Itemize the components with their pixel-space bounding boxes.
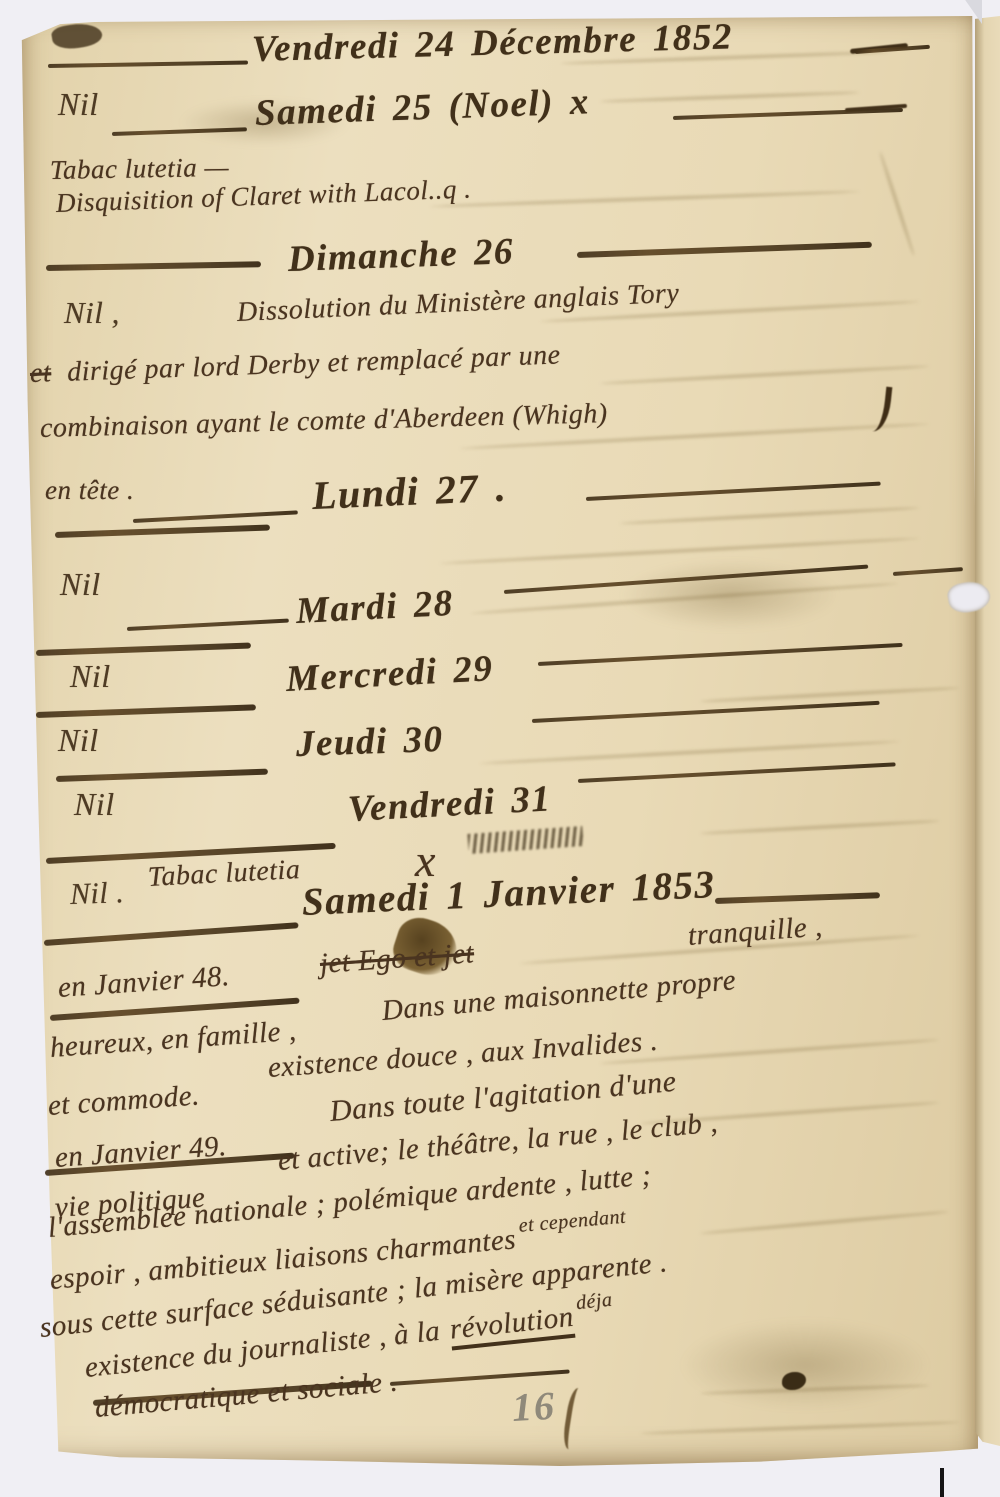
manuscript-photo: Vendredi 24 Décembre 1852 Nil Samedi 25 …	[0, 0, 1000, 1497]
entry-nil-dec24: Nil	[58, 86, 99, 123]
entry-nil-dec27: Nil	[60, 566, 101, 603]
binding-mark	[940, 1468, 944, 1497]
entry-note-tabac: Tabac lutetia —	[50, 152, 230, 186]
entry-text-dissolution-4: en tête .	[45, 475, 134, 506]
entry-nil-dec29: Nil	[58, 722, 99, 759]
entry-nil-dec31: Nil .	[69, 876, 124, 912]
entry-date-dec26: Dimanche 26	[287, 230, 514, 281]
entry-jan49-line6-sup: déja	[575, 1289, 614, 1315]
facing-page-sliver	[975, 16, 1000, 1446]
struck-word: et	[29, 357, 51, 389]
page-number: 16	[511, 1382, 557, 1431]
entry-nil-dec26: Nil ,	[64, 295, 120, 331]
entry-date-dec28: Mardi 28	[295, 582, 455, 633]
show-through-blot	[680, 1320, 930, 1410]
entry-date-dec30: Jeudi 30	[295, 718, 444, 766]
entry-nil-dec28: Nil	[70, 658, 111, 695]
entry-date-dec27: Lundi 27 .	[311, 464, 508, 519]
entry-nil-dec30: Nil	[74, 786, 115, 823]
